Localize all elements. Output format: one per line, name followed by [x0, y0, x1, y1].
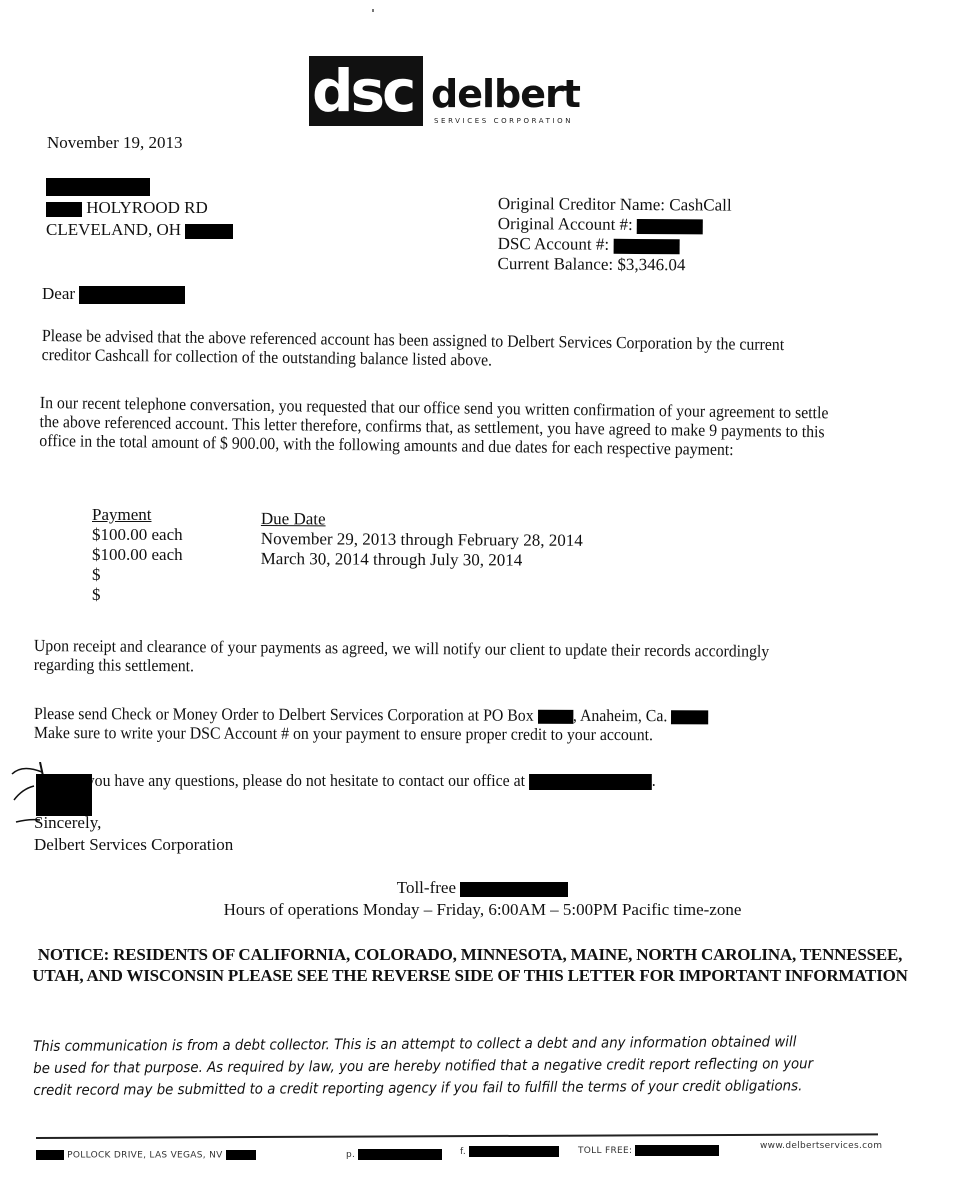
salutation-text: Dear: [42, 284, 75, 303]
recipient-city-state: CLEVELAND, OH: [46, 220, 181, 239]
original-account-label: Original Account #:: [498, 214, 633, 234]
paragraph-receipt: Upon receipt and clearance of your payme…: [34, 636, 834, 680]
redacted-po-box: [538, 710, 573, 724]
toll-free-label: Toll-free: [397, 878, 456, 897]
send-payment-note: Make sure to write your DSC Account # on…: [34, 723, 653, 744]
account-info: Original Creditor Name: CashCall Origina…: [497, 194, 731, 276]
closing: Sincerely,: [34, 813, 233, 835]
phone-label: p.: [346, 1150, 355, 1160]
original-creditor: Original Creditor Name: CashCall: [498, 194, 732, 216]
state-residents-notice: NOTICE: RESIDENTS OF CALIFORNIA, COLORAD…: [30, 944, 910, 986]
due-date-header: Due Date: [261, 509, 583, 531]
redacted-toll-free-number: [460, 882, 568, 897]
redacted-name: [46, 178, 150, 196]
payment-header: Payment: [92, 505, 183, 525]
footer-divider: [36, 1133, 878, 1139]
footer-address-text: POLLOCK DRIVE, LAS VEGAS, NV: [67, 1151, 222, 1161]
redacted-toll-free: [635, 1145, 719, 1156]
payment-column: Payment $100.00 each $100.00 each $ $: [92, 505, 183, 605]
recipient-address: HOLYROOD RD CLEVELAND, OH: [46, 176, 233, 242]
current-balance: Current Balance: $3,346.04: [497, 254, 731, 276]
logo-name: delbert: [431, 74, 580, 114]
send-payment-text: Please send Check or Money Order to Delb…: [34, 704, 534, 725]
signature-block: Sincerely, Delbert Services Corporation: [34, 813, 233, 857]
fax-label: f.: [460, 1147, 466, 1157]
footer-website[interactable]: www.delbertservices.com: [760, 1141, 882, 1151]
hours-of-operation: Hours of operations Monday – Friday, 6:0…: [0, 900, 965, 920]
paragraph-questions: Should you have any questions, please do…: [38, 771, 745, 790]
footer-address: POLLOCK DRIVE, LAS VEGAS, NV: [36, 1150, 256, 1161]
redacted-fax: [469, 1146, 559, 1157]
redacted-recipient-name: [79, 286, 185, 304]
footer-fax: f.: [460, 1146, 559, 1157]
debt-collector-disclaimer: This communication is from a debt collec…: [33, 1031, 815, 1102]
redacted-phone: [358, 1149, 442, 1160]
footer-phone: p.: [346, 1149, 442, 1160]
paragraph-send-payment: Please send Check or Money Order to Delb…: [34, 704, 834, 745]
scan-speck: [372, 9, 374, 12]
paragraph-assignment: Please be advised that the above referen…: [42, 326, 824, 374]
logo-mark: dsc: [312, 60, 413, 122]
footer-toll-free: TOLL FREE:: [578, 1145, 719, 1156]
signer: Delbert Services Corporation: [34, 835, 233, 857]
dsc-account-label: DSC Account #:: [498, 234, 610, 254]
send-payment-city: , Anaheim, Ca.: [573, 706, 667, 725]
recipient-street: HOLYROOD RD: [86, 198, 208, 217]
logo-tagline: SERVICES CORPORATION: [434, 117, 573, 125]
toll-free-line: Toll-free: [0, 878, 965, 898]
toll-free-footer-label: TOLL FREE:: [578, 1146, 632, 1156]
salutation: Dear: [42, 284, 185, 304]
redacted-office-phone: [529, 774, 652, 790]
redacted-original-account: [637, 219, 703, 234]
payment-row-due: March 30, 2014 through July 30, 2014: [261, 549, 583, 571]
paragraph-settlement: In our recent telephone conversation, yo…: [39, 393, 830, 460]
payment-row-amount: $100.00 each: [92, 525, 183, 545]
due-date-column: Due Date November 29, 2013 through Febru…: [261, 509, 583, 571]
payment-row-amount: $100.00 each: [92, 545, 183, 565]
payment-row-amount: $: [92, 585, 183, 605]
payment-row-due: November 29, 2013 through February 28, 2…: [261, 529, 583, 551]
questions-text: Should you have any questions, please do…: [38, 771, 525, 790]
redacted-zip: [671, 710, 708, 724]
redacted-dsc-account: [613, 238, 679, 253]
letter-date: November 19, 2013: [47, 133, 183, 153]
redacted-house-number: [46, 202, 82, 217]
redacted-zip: [185, 224, 233, 239]
payment-row-amount: $: [92, 565, 183, 585]
redacted-street-number: [36, 1150, 64, 1160]
redacted-zip: [226, 1150, 256, 1160]
